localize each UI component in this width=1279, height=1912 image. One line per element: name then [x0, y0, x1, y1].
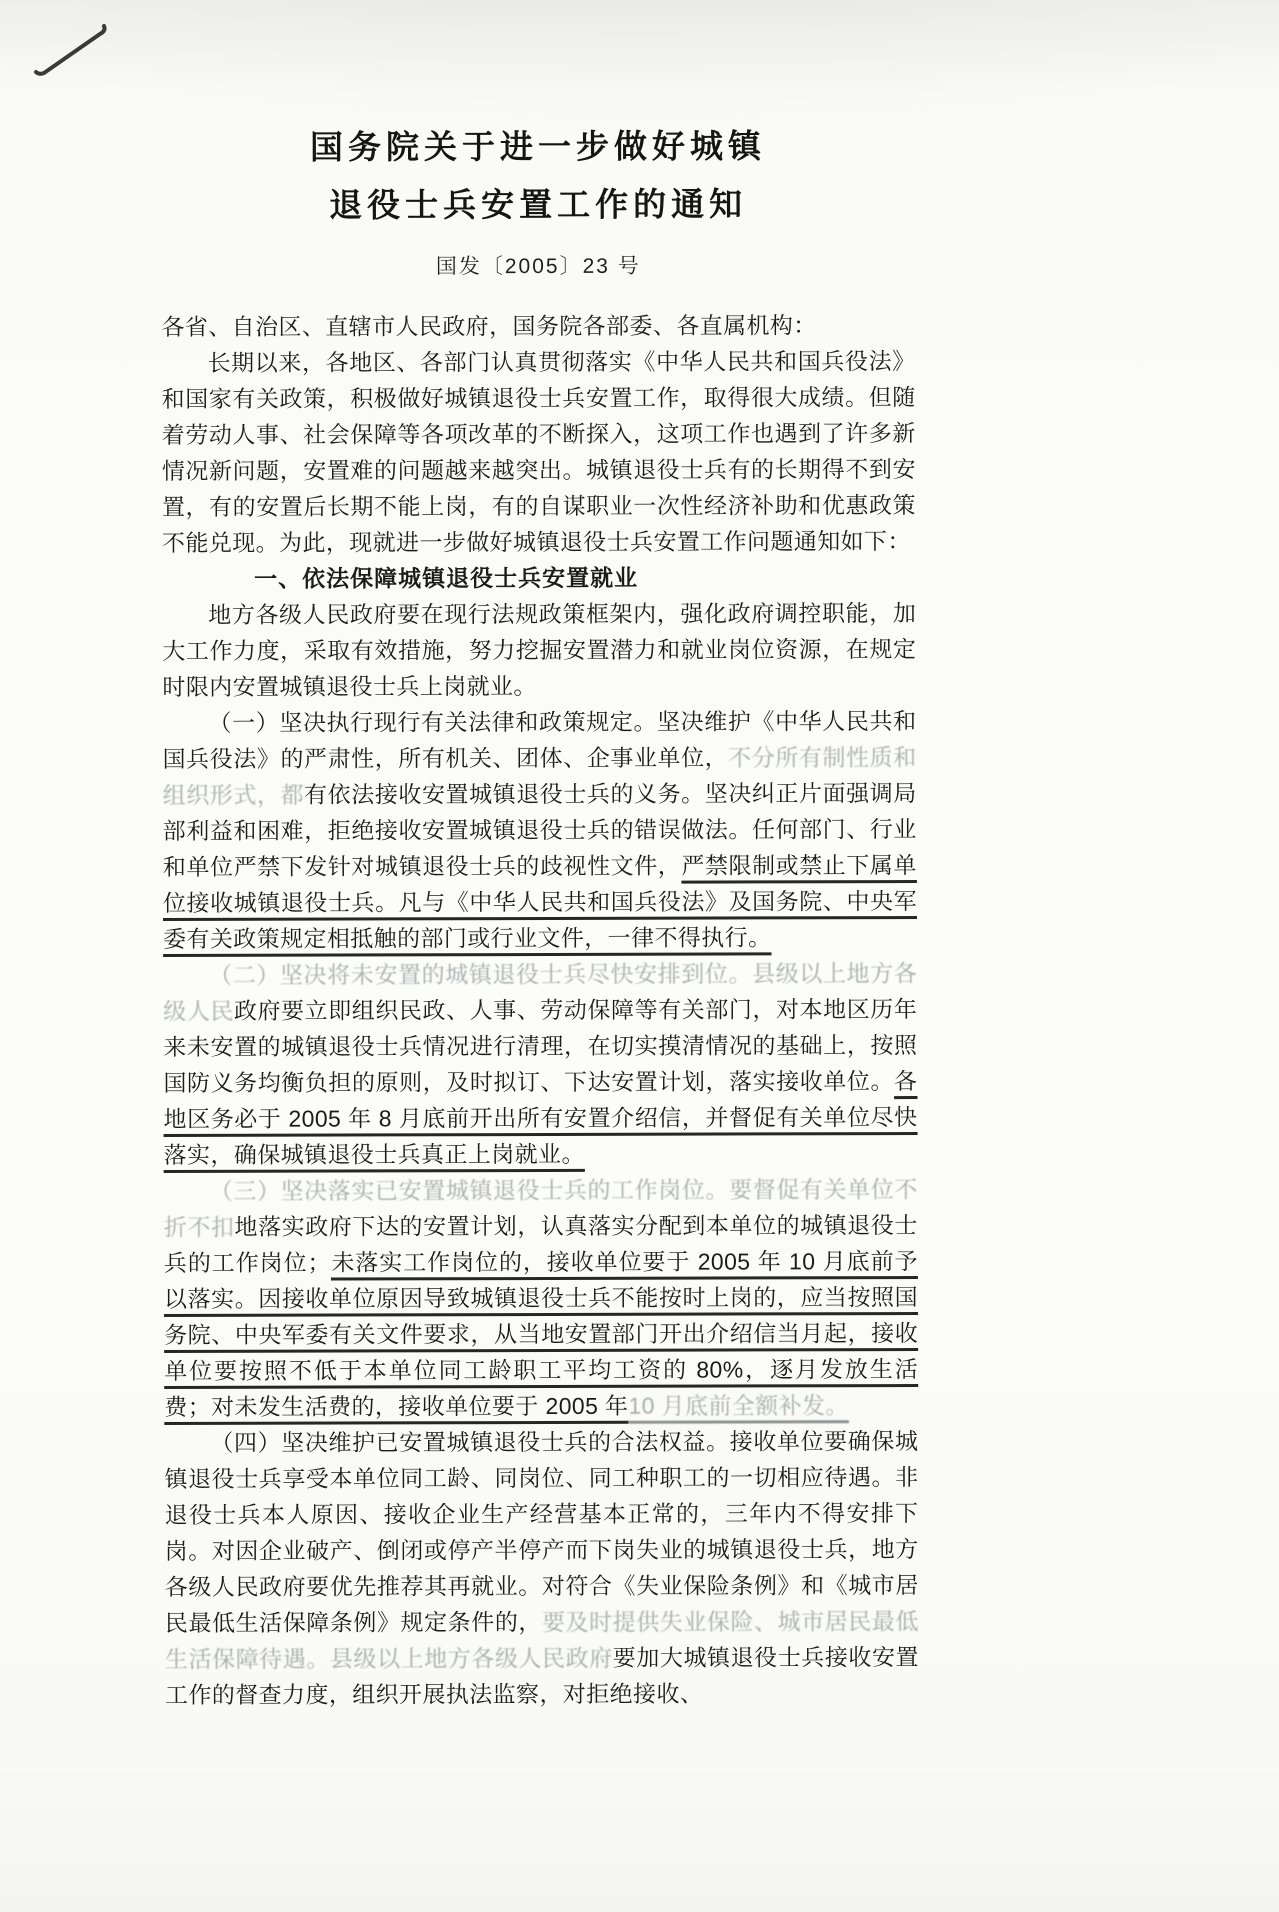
text-run: 地方各级人民政府要在现行法规政策框架内，强化政府调控职能，加大工作力度，采取有效… [162, 600, 916, 700]
text-run: （四）坚决维护已安置城镇退役士兵的合法权益。接收单位要确保城镇退役士兵享受本单位… [164, 1428, 918, 1636]
item-2-paragraph: （二）坚决将未安置的城镇退役士兵尽快安排到位。县级以上地方各级人民政府要立即组织… [163, 955, 918, 1173]
item-1-paragraph: （一）坚决执行现行有关法律和政策规定。坚决维护《中华人民共和国兵役法》的严肃性，… [162, 703, 917, 957]
salutation: 各省、自治区、直辖市人民政府，国务院各部委、各直属机构： [161, 307, 915, 345]
item-3-paragraph: （三）坚决落实已安置城镇退役士兵的工作岗位。要督促有关单位不折不扣地落实政府下达… [164, 1171, 919, 1425]
section-heading-1: 一、依法保障城镇退役士兵安置就业 [162, 559, 916, 597]
document-body: 各省、自治区、直辖市人民政府，国务院各部委、各直属机构：长期以来，各地区、各部门… [161, 307, 919, 1713]
text-run: 一、依法保障城镇退役士兵安置就业 [254, 565, 638, 592]
document-content: 国务院关于进一步做好城镇 退役士兵安置工作的通知 国发〔2005〕23 号 各省… [161, 117, 919, 1713]
intro-paragraph: 长期以来，各地区、各部门认真贯彻落实《中华人民共和国兵役法》和国家有关政策，积极… [162, 343, 917, 561]
text-run: 长期以来，各地区、各部门认真贯彻落实《中华人民共和国兵役法》和国家有关政策，积极… [162, 348, 916, 556]
text-run: 各省、自治区、直辖市人民政府，国务院各部委、各直属机构： [161, 312, 816, 340]
pen-stroke-mark [0, 0, 180, 120]
item-4-paragraph: （四）坚决维护已安置城镇退役士兵的合法权益。接收单位要确保城镇退役士兵享受本单位… [164, 1423, 919, 1713]
text-run: 政府要立即组织民政、人事、劳动保障等有关部门，对本地区历年来未安置的城镇退役士兵… [163, 996, 917, 1096]
document-title-line2: 退役士兵安置工作的通知 [161, 175, 915, 235]
underlined-text-run: 10 月底前全额补发。 [628, 1392, 848, 1419]
document-title-line1: 国务院关于进一步做好城镇 [161, 117, 915, 177]
document-number: 国发〔2005〕23 号 [161, 249, 915, 281]
section-1-lead-paragraph: 地方各级人民政府要在现行法规政策框架内，强化政府调控职能，加大工作力度，采取有效… [162, 595, 916, 705]
